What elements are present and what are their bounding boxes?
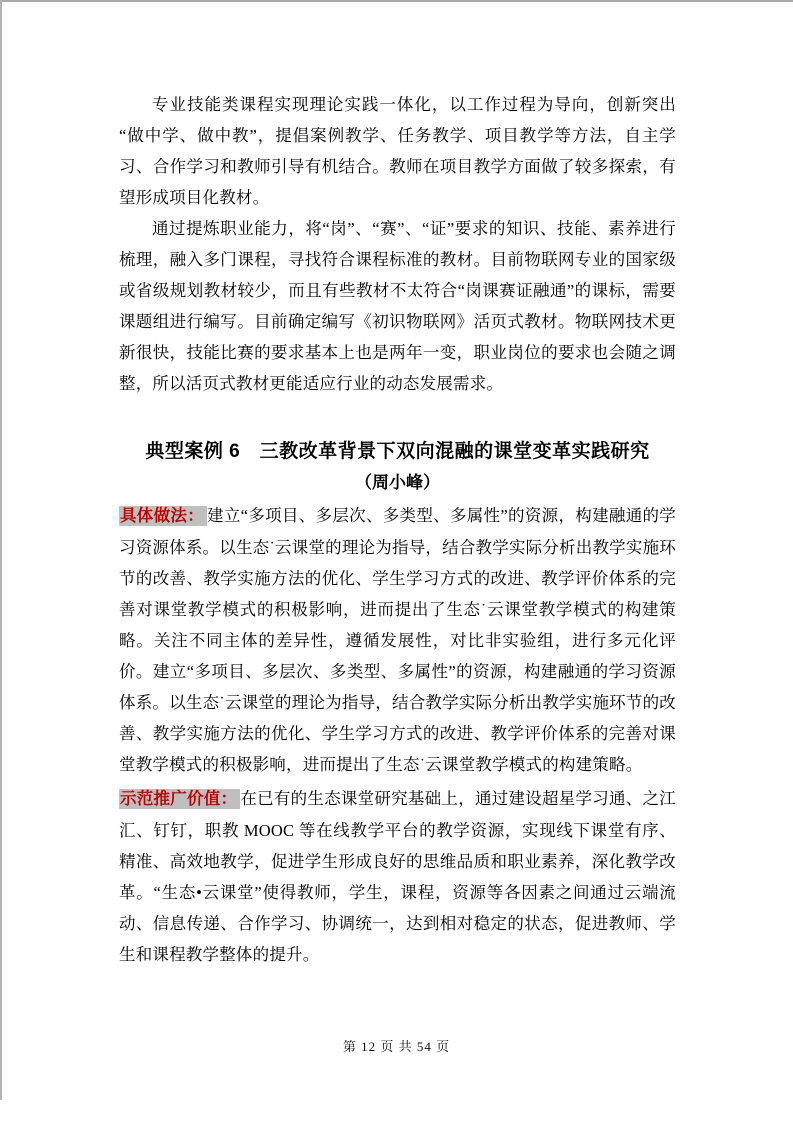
section-label-promotion-value: 示范推广价值： [119, 789, 240, 809]
case-heading: 典型案例 6 三教改革背景下双向混融的课堂变革实践研究 [119, 436, 676, 467]
section-text: 建立“多项目、多层次、多类型、多属性”的资源，构建融通的学习资源体系。以生态˙云… [119, 506, 676, 774]
section-label-concrete-practice: 具体做法： [119, 506, 207, 526]
page-content: 专业技能类课程实现理论实践一体化，以工作过程为导向，创新突出“做中学、做中教”，… [119, 89, 676, 970]
document-page: 专业技能类课程实现理论实践一体化，以工作过程为导向，创新突出“做中学、做中教”，… [0, 0, 793, 1122]
page-number-footer: 第 12 页 共 54 页 [0, 1036, 793, 1055]
body-paragraph: 专业技能类课程实现理论实践一体化，以工作过程为导向，创新突出“做中学、做中教”，… [119, 89, 676, 213]
section-paragraph: 具体做法：建立“多项目、多层次、多类型、多属性”的资源，构建融通的学习资源体系。… [119, 500, 676, 780]
page-edge-top [0, 0, 793, 2]
case-author: （周小峰） [119, 467, 676, 498]
body-paragraph: 通过提炼职业能力，将“岗”、“赛”、“证”要求的知识、技能、素养进行梳理，融入多… [119, 213, 676, 399]
section-text: 在已有的生态课堂研究基础上，通过建设超星学习通、之江汇、钉钉，职教 MOOC 等… [119, 789, 676, 964]
section-paragraph: 示范推广价值：在已有的生态课堂研究基础上，通过建设超星学习通、之江汇、钉钉，职教… [119, 783, 676, 970]
page-edge-left [0, 0, 2, 1100]
